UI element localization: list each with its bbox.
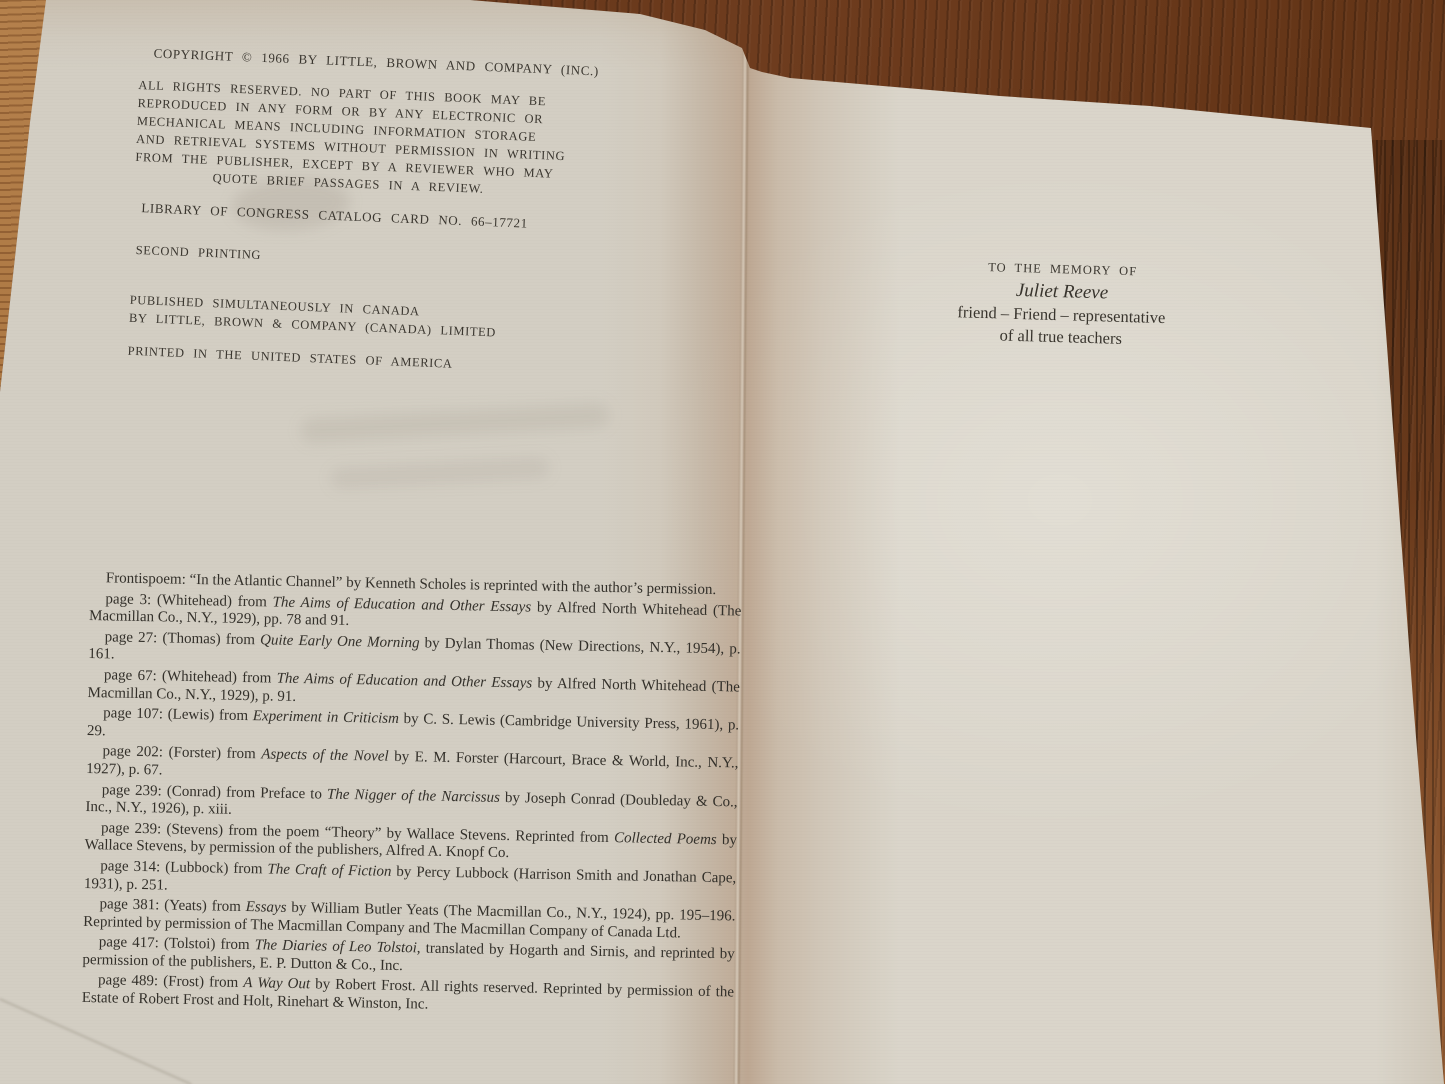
copyright-page-top-block: COPYRIGHT © 1966 BY LITTLE, BROWN AND CO… [127, 44, 579, 377]
book-photo: COPYRIGHT © 1966 BY LITTLE, BROWN AND CO… [0, 0, 1445, 1084]
show-through-smudge [300, 402, 611, 444]
loc-catalog-line: LIBRARY OF CONGRESS CATALOG CARD NO. 66–… [133, 199, 573, 235]
show-through-smudge [330, 456, 551, 489]
printing-line: SECOND PRINTING [131, 241, 571, 277]
canada-publication-lines: PUBLISHED SIMULTANEOUSLY IN CANADA BY LI… [129, 291, 570, 345]
open-book-pages: COPYRIGHT © 1966 BY LITTLE, BROWN AND CO… [0, 0, 1445, 1084]
dedication-block: TO THE MEMORY OF Juliet Reeve friend – F… [946, 256, 1178, 351]
rights-reserved-paragraph: ALL RIGHTS RESERVED. NO PART OF THIS BOO… [134, 76, 578, 202]
copyright-notice: COPYRIGHT © 1966 BY LITTLE, BROWN AND CO… [139, 44, 579, 80]
credits-list: Frontispoem: “In the Atlantic Channel” b… [82, 570, 742, 1023]
book-gutter-shadow [733, 40, 749, 1084]
printed-in-usa-line: PRINTED IN THE UNITED STATES OF AMERICA [127, 342, 567, 378]
